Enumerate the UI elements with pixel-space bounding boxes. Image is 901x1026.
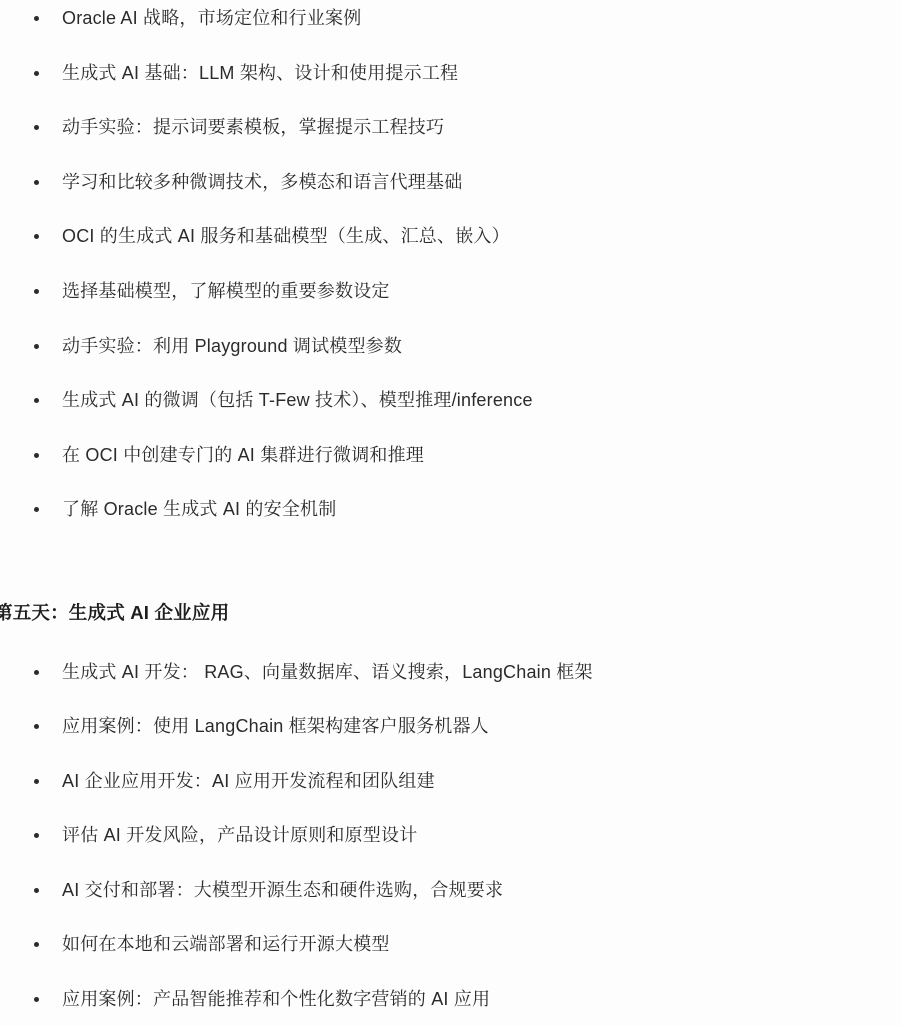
list-item: 动手实验：提示词要素模板，掌握提示工程技巧 xyxy=(62,115,444,139)
list-item: 生成式 AI 开发： RAG、向量数据库、语义搜索，LangChain 框架 xyxy=(62,660,593,684)
section-heading: 第五天：生成式 AI 企业应用 xyxy=(0,600,229,625)
list-item: 在 OCI 中创建专门的 AI 集群进行微调和推理 xyxy=(62,443,424,467)
list-item: 生成式 AI 基础：LLM 架构、设计和使用提示工程 xyxy=(62,61,458,85)
list-item: 动手实验：利用 Playground 调试模型参数 xyxy=(62,334,402,358)
list-item: OCI 的生成式 AI 服务和基础模型（生成、汇总、嵌入） xyxy=(62,224,510,248)
list-item: 生成式 AI 的微调（包括 T-Few 技术）、模型推理/inference xyxy=(62,388,533,412)
list-item: 选择基础模型，了解模型的重要参数设定 xyxy=(62,279,390,303)
list-item: 学习和比较多种微调技术，多模态和语言代理基础 xyxy=(62,170,462,194)
list-item: AI 企业应用开发：AI 应用开发流程和团队组建 xyxy=(62,769,435,793)
list-item: 应用案例：使用 LangChain 框架构建客户服务机器人 xyxy=(62,714,489,738)
document-page: Oracle AI 战略，市场定位和行业案例 生成式 AI 基础：LLM 架构、… xyxy=(0,0,901,1026)
list-item: 了解 Oracle 生成式 AI 的安全机制 xyxy=(62,497,336,521)
list-item: 应用案例：产品智能推荐和个性化数字营销的 AI 应用 xyxy=(62,987,490,1011)
list-item: 如何在本地和云端部署和运行开源大模型 xyxy=(62,932,390,956)
list-item: 评估 AI 开发风险，产品设计原则和原型设计 xyxy=(62,823,417,847)
list-item: Oracle AI 战略，市场定位和行业案例 xyxy=(62,6,361,30)
list-item: AI 交付和部署：大模型开源生态和硬件选购，合规要求 xyxy=(62,878,503,902)
